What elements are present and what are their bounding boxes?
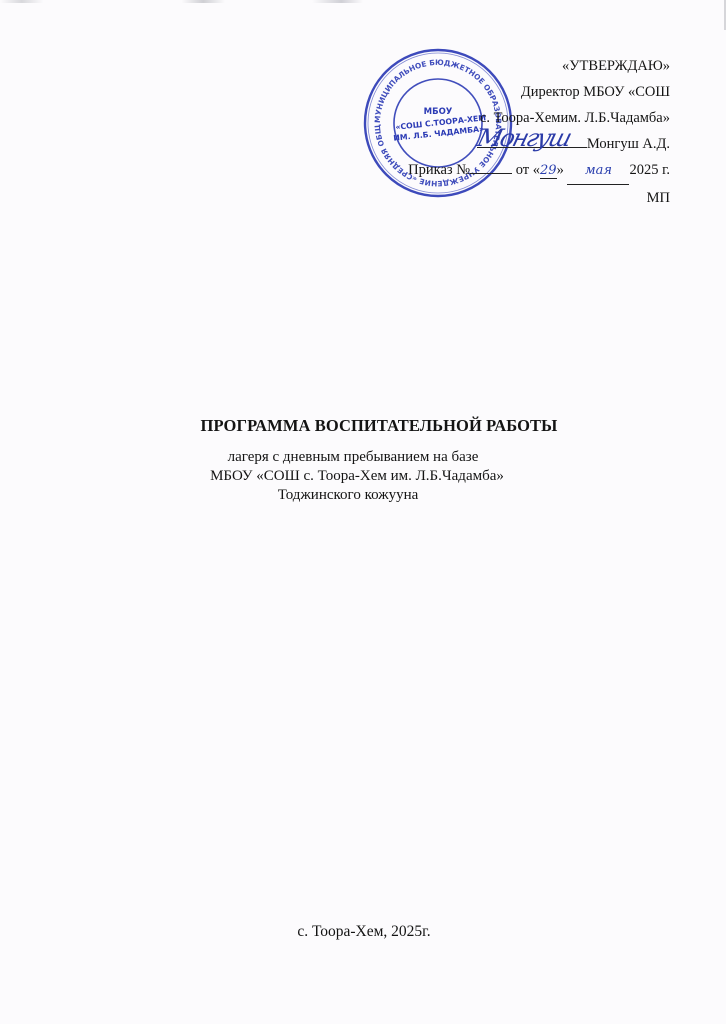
- title-line1: лагеря с дневным пребыванием на базе: [0, 448, 716, 467]
- place-and-year: с. Тоора-Хем, 2025г.: [1, 923, 726, 941]
- approval-position-line1: Директор МБОУ «СОШ: [340, 79, 670, 105]
- approval-heading: «УТВЕРЖДАЮ»: [340, 53, 670, 79]
- order-label: Приказ №: [408, 162, 470, 178]
- document-title: ПРОГРАММА ВОСПИТАТЕЛЬНОЙ РАБОТЫ: [16, 416, 726, 436]
- date-month: мая: [567, 158, 629, 185]
- date-day: 29: [540, 163, 557, 179]
- seal-place-label: МП: [340, 185, 670, 211]
- title-line2: МБОУ «СОШ с. Тоора-Хем им. Л.Б.Чадамба»: [0, 467, 720, 486]
- approval-order-line: Приказ № от «29» мая2025 г.: [340, 157, 670, 185]
- signatory-name: Монгуш А.Д.: [587, 136, 670, 152]
- order-number-blank: [470, 161, 512, 174]
- handwritten-signature: Монгуш: [475, 125, 574, 151]
- date-mid: »: [557, 162, 564, 178]
- scan-edge-top: [0, 0, 726, 3]
- title-line3: Тоджинского кожууна: [0, 486, 711, 505]
- approval-signature-line: МонгушМонгуш А.Д.: [340, 131, 670, 157]
- approval-block: «УТВЕРЖДАЮ» Директор МБОУ «СОШ с. Тоора-…: [340, 53, 670, 211]
- date-prefix: от «: [516, 162, 540, 178]
- date-year: 2025 г.: [629, 162, 670, 178]
